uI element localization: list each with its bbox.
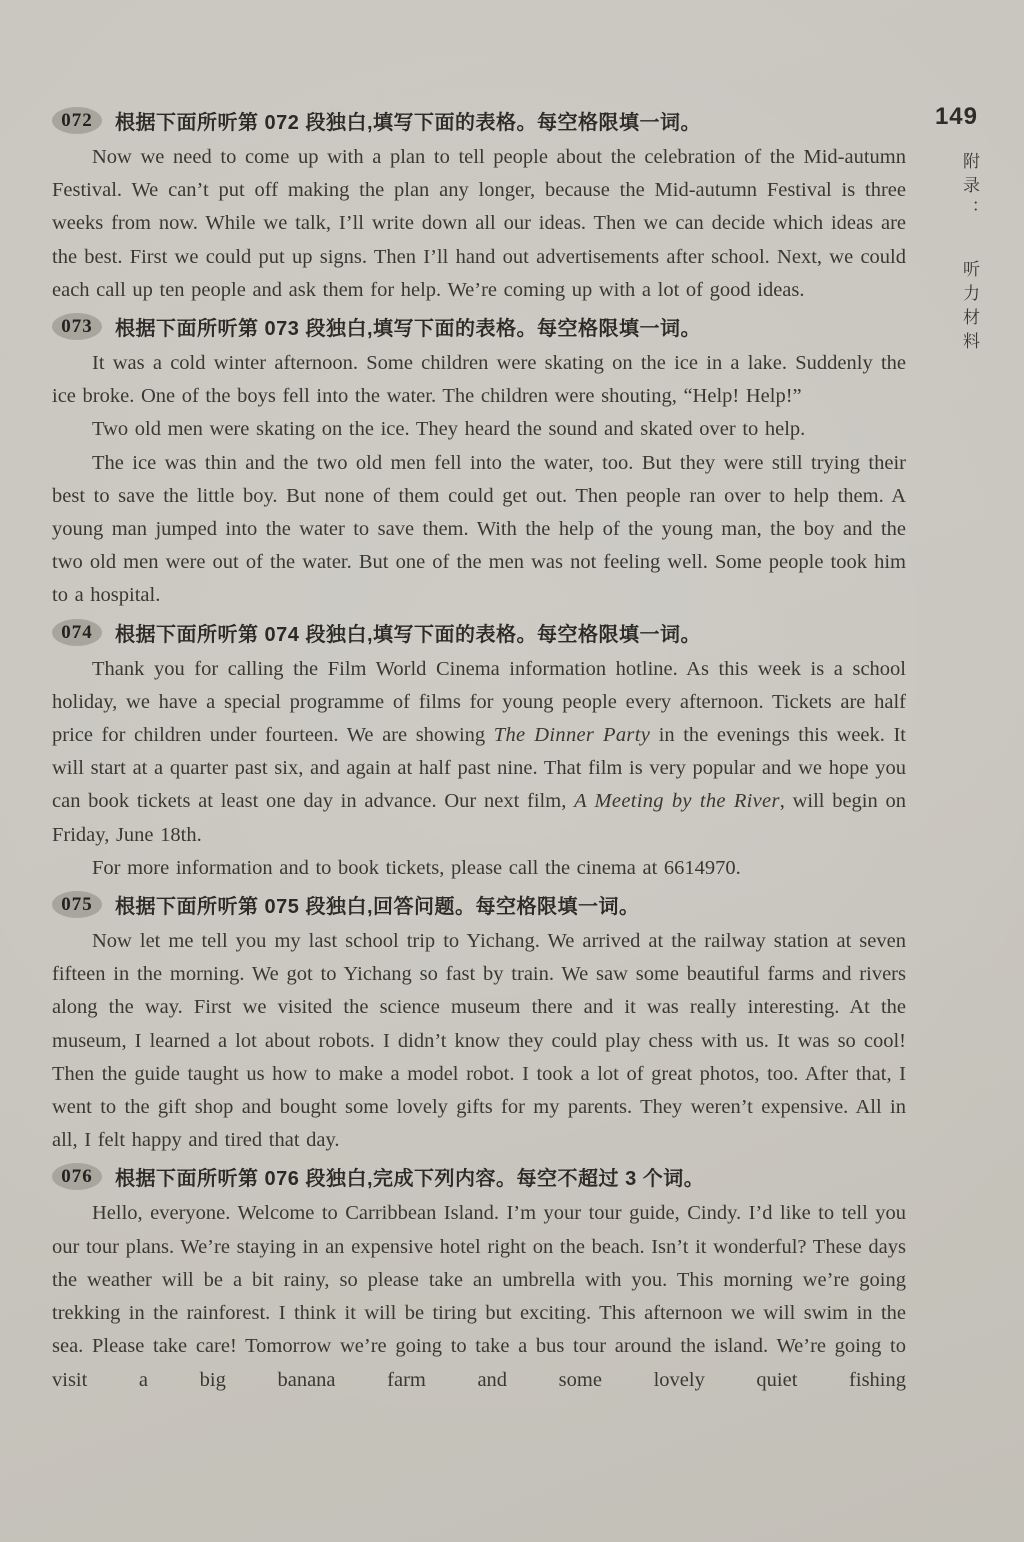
passage-instruction: 根据下面所听第 072 段独白,填写下面的表格。每空格限填一词。 [115, 106, 701, 135]
passage-076: 076根据下面所听第 076 段独白,完成下列内容。每空不超过 3 个词。Hel… [52, 1162, 906, 1396]
passage-header: 076根据下面所听第 076 段独白,完成下列内容。每空不超过 3 个词。 [52, 1162, 906, 1191]
transcript-text: Hello, everyone. Welcome to Carribbean I… [52, 1202, 906, 1390]
passage-number-badge: 073 [52, 313, 102, 340]
transcript-paragraph: Thank you for calling the Film World Cin… [52, 653, 906, 852]
transcript-text: It was a cold winter afternoon. Some chi… [52, 352, 906, 407]
transcript-paragraph: It was a cold winter afternoon. Some chi… [52, 347, 906, 413]
appendix-margin-label: 附录： 听力材料 [958, 152, 980, 356]
passage-073: 073根据下面所听第 073 段独白,填写下面的表格。每空格限填一词。It wa… [52, 312, 906, 613]
textbook-page: 072根据下面所听第 072 段独白,填写下面的表格。每空格限填一词。Now w… [0, 0, 1024, 1542]
transcript-paragraph: For more information and to book tickets… [52, 852, 906, 885]
passage-072: 072根据下面所听第 072 段独白,填写下面的表格。每空格限填一词。Now w… [52, 106, 906, 307]
passage-number-badge: 075 [52, 891, 102, 918]
passage-header: 074根据下面所听第 074 段独白,填写下面的表格。每空格限填一词。 [52, 618, 906, 647]
passage-instruction: 根据下面所听第 075 段独白,回答问题。每空格限填一词。 [115, 890, 640, 919]
listening-transcripts: 072根据下面所听第 072 段独白,填写下面的表格。每空格限填一词。Now w… [52, 106, 906, 1397]
passage-header: 073根据下面所听第 073 段独白,填写下面的表格。每空格限填一词。 [52, 312, 906, 341]
transcript-paragraph: Two old men were skating on the ice. The… [52, 413, 906, 446]
transcript-text: The ice was thin and the two old men fel… [52, 452, 906, 607]
transcript-paragraph: Now let me tell you my last school trip … [52, 925, 906, 1157]
appendix-label-text: 附录： [960, 152, 979, 224]
passage-header: 075根据下面所听第 075 段独白,回答问题。每空格限填一词。 [52, 890, 906, 919]
passage-number-badge: 076 [52, 1163, 102, 1190]
page-number: 149 [935, 103, 978, 131]
film-title: The Dinner Party [494, 724, 650, 746]
passage-instruction: 根据下面所听第 076 段独白,完成下列内容。每空不超过 3 个词。 [115, 1162, 704, 1191]
transcript-paragraph: Now we need to come up with a plan to te… [52, 141, 906, 307]
transcript-text: For more information and to book tickets… [92, 857, 741, 879]
transcript-text: Now we need to come up with a plan to te… [52, 146, 906, 301]
passage-instruction: 根据下面所听第 074 段独白,填写下面的表格。每空格限填一词。 [115, 618, 701, 647]
passage-instruction: 根据下面所听第 073 段独白,填写下面的表格。每空格限填一词。 [115, 312, 701, 341]
passage-075: 075根据下面所听第 075 段独白,回答问题。每空格限填一词。Now let … [52, 890, 906, 1157]
passage-074: 074根据下面所听第 074 段独白,填写下面的表格。每空格限填一词。Thank… [52, 618, 906, 885]
passage-number-badge: 074 [52, 619, 102, 646]
transcript-text: Two old men were skating on the ice. The… [92, 418, 805, 440]
transcript-text: Now let me tell you my last school trip … [52, 930, 906, 1151]
film-title: A Meeting by the River [574, 790, 780, 812]
passage-number-badge: 072 [52, 107, 102, 134]
transcript-paragraph: Hello, everyone. Welcome to Carribbean I… [52, 1197, 906, 1396]
transcript-paragraph: The ice was thin and the two old men fel… [52, 447, 906, 613]
listening-materials-label-text: 听力材料 [960, 260, 979, 356]
passage-header: 072根据下面所听第 072 段独白,填写下面的表格。每空格限填一词。 [52, 106, 906, 135]
